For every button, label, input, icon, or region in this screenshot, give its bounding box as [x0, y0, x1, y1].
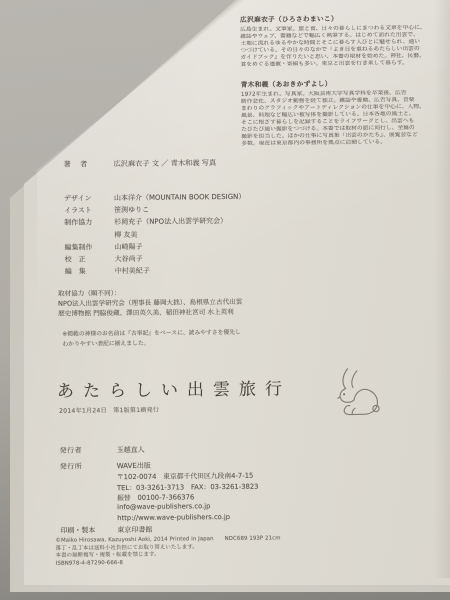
publisher-row-label — [60, 501, 117, 502]
printer-label: 印刷・製本 — [60, 525, 117, 536]
bio-text-line: 食をめぐる連載・寄稿も多い。東京と出雲を行き来して暮らす。 — [241, 60, 423, 69]
book-title: あたらしい出雲旅行 — [57, 374, 291, 401]
publisher-row-label: 発行者 — [60, 445, 117, 456]
credit-person: 杉岡充子（NPO法人出雲学研究会） — [114, 216, 227, 227]
cooperation-note: 取材協力（順不同）：NPO法人出雲学研究会（理事長 藤岡大拙）、島根県立古代出雲… — [58, 287, 243, 320]
credit-person: 中村美紀子 — [115, 266, 150, 276]
publisher-row-value: 玉越直人 — [117, 445, 145, 455]
credit-role-label: デザイン — [64, 193, 114, 204]
publisher-row-label — [60, 520, 117, 521]
printer-name: 東京印書館 — [117, 525, 152, 535]
credit-role-label: イラスト — [64, 205, 114, 216]
publisher-row-label: 発行所 — [60, 461, 117, 472]
author-label: 著 者 — [64, 159, 114, 170]
publisher-row-label — [60, 490, 117, 491]
publisher-row-value: WAVE出版 — [117, 460, 151, 470]
author-names: 広沢麻衣子 文 ／ 青木和義 写真 — [114, 158, 217, 169]
bio-author-1: 広沢麻衣子（ひろさわまいこ） 広島生まれ。文筆家。旅と食、日々の暮らしにまつわる… — [240, 12, 423, 69]
bio-author-1-text: 広島生まれ。文筆家。旅と食、日々の暮らしにまつわる文章を中心に、雑誌やウェブ、書… — [240, 25, 422, 69]
publisher-row-label — [60, 509, 117, 510]
editorial-note: ※掲載の神様のお名前は『古事記』をベースに、読みやすさを優先しわかりやすい表記に… — [62, 329, 241, 350]
colophon-content: 広沢麻衣子（ひろさわまいこ） 広島生まれ。文筆家。旅と食、日々の暮らしにまつわる… — [0, 0, 450, 600]
cooperation-line: 歴史博物館 門脇俊蔵、澤田英久美、稲田神社宮司 水上英利 — [58, 307, 242, 319]
credit-person: 山本洋介（MOUNTAIN BOOK DESIGN） — [114, 192, 246, 203]
bio-author-2-text: 1972年生まれ。写真家。大阪芸術大学写真学科を卒業後、広告制作会社、スタジオ勤… — [241, 89, 424, 148]
staff-credits: デザイン 山本洋介（MOUNTAIN BOOK DESIGN） イラスト 笹渕ゆ… — [64, 192, 246, 279]
credit-role-label: 編集制作 — [64, 242, 114, 253]
credit-role-label: 制作協力 — [64, 218, 114, 229]
credit-person: 大谷尚子 — [115, 254, 143, 264]
publisher-row-label — [60, 479, 117, 480]
edition-line: 2014年1月24日 第1版第1刷発行 — [59, 405, 159, 415]
book-page: 広沢麻衣子（ひろさわまいこ） 広島生まれ。文筆家。旅と食、日々の暮らしにまつわる… — [0, 0, 450, 600]
publisher-row-value: info@wave-publishers.co.jp — [117, 502, 210, 511]
book-colophon-photo: 広沢麻衣子（ひろさわまいこ） 広島生まれ。文筆家。旅と食、日々の暮らしにまつわる… — [0, 0, 450, 600]
credit-role-label — [64, 237, 114, 238]
publisher-row-value: http://www.wave-publishers.co.jp — [117, 513, 230, 522]
author-credit-line: 著 者 広沢麻衣子 文 ／ 青木和義 写真 — [64, 158, 217, 170]
bio-author-2-name: 青木和義（あおきかずよし） — [241, 76, 423, 88]
footer-line: ISBN978-4-87290-666-8 — [56, 558, 281, 568]
editorial-note-line: ※掲載の神様のお名前は『古事記』をベースに、読みやすさを優先し — [62, 329, 241, 340]
bio-text-line: 多数。現在は東京都内の事務所を拠点に活動している。 — [241, 139, 423, 148]
bio-author-2: 青木和義（あおきかずよし） 1972年生まれ。写真家。大阪芸術大学写真学科を卒業… — [241, 76, 424, 148]
copyright-isbn-block: ©Maiko Hirosawa, Kazuyoshi Aoki, 2014 Pr… — [55, 535, 280, 568]
editorial-note-line: わかりやすい表記に揃えました。 — [62, 338, 241, 349]
credit-role-label: 校 正 — [65, 254, 115, 265]
publisher-row-value: 振替 00100-7-366376 — [117, 492, 194, 503]
credit-person: 柳 友美 — [114, 229, 137, 239]
author-bios: 広沢麻衣子（ひろさわまいこ） 広島生まれ。文筆家。旅と食、日々の暮らしにまつわる… — [240, 12, 423, 148]
credit-person: 山崎陽子 — [114, 242, 142, 252]
publisher-row-value: 〒102-0074 東京都千代田区九段南4-7-15 — [117, 470, 254, 481]
credit-row: 編 集 中村美紀子 — [65, 265, 247, 279]
publisher-row: 発行者 玉越直人 — [60, 444, 259, 457]
bio-author-1-name: 広沢麻衣子（ひろさわまいこ） — [240, 12, 422, 24]
publisher-row: http://www.wave-publishers.co.jp — [60, 512, 259, 525]
rabbit-illustration-icon — [327, 366, 382, 419]
credit-role-label: 編 集 — [65, 266, 115, 277]
publisher-info: 発行者 玉越直人 発行所 WAVE出版 〒102-0074 東京都千代田区九段南… — [60, 444, 259, 525]
printer-line: 印刷・製本 東京印書館 — [60, 525, 152, 536]
publisher-row-value: TEL：03-3261-3713 FAX：03-3261-3823 — [117, 480, 259, 491]
credit-person: 笹渕ゆりこ — [114, 205, 149, 215]
